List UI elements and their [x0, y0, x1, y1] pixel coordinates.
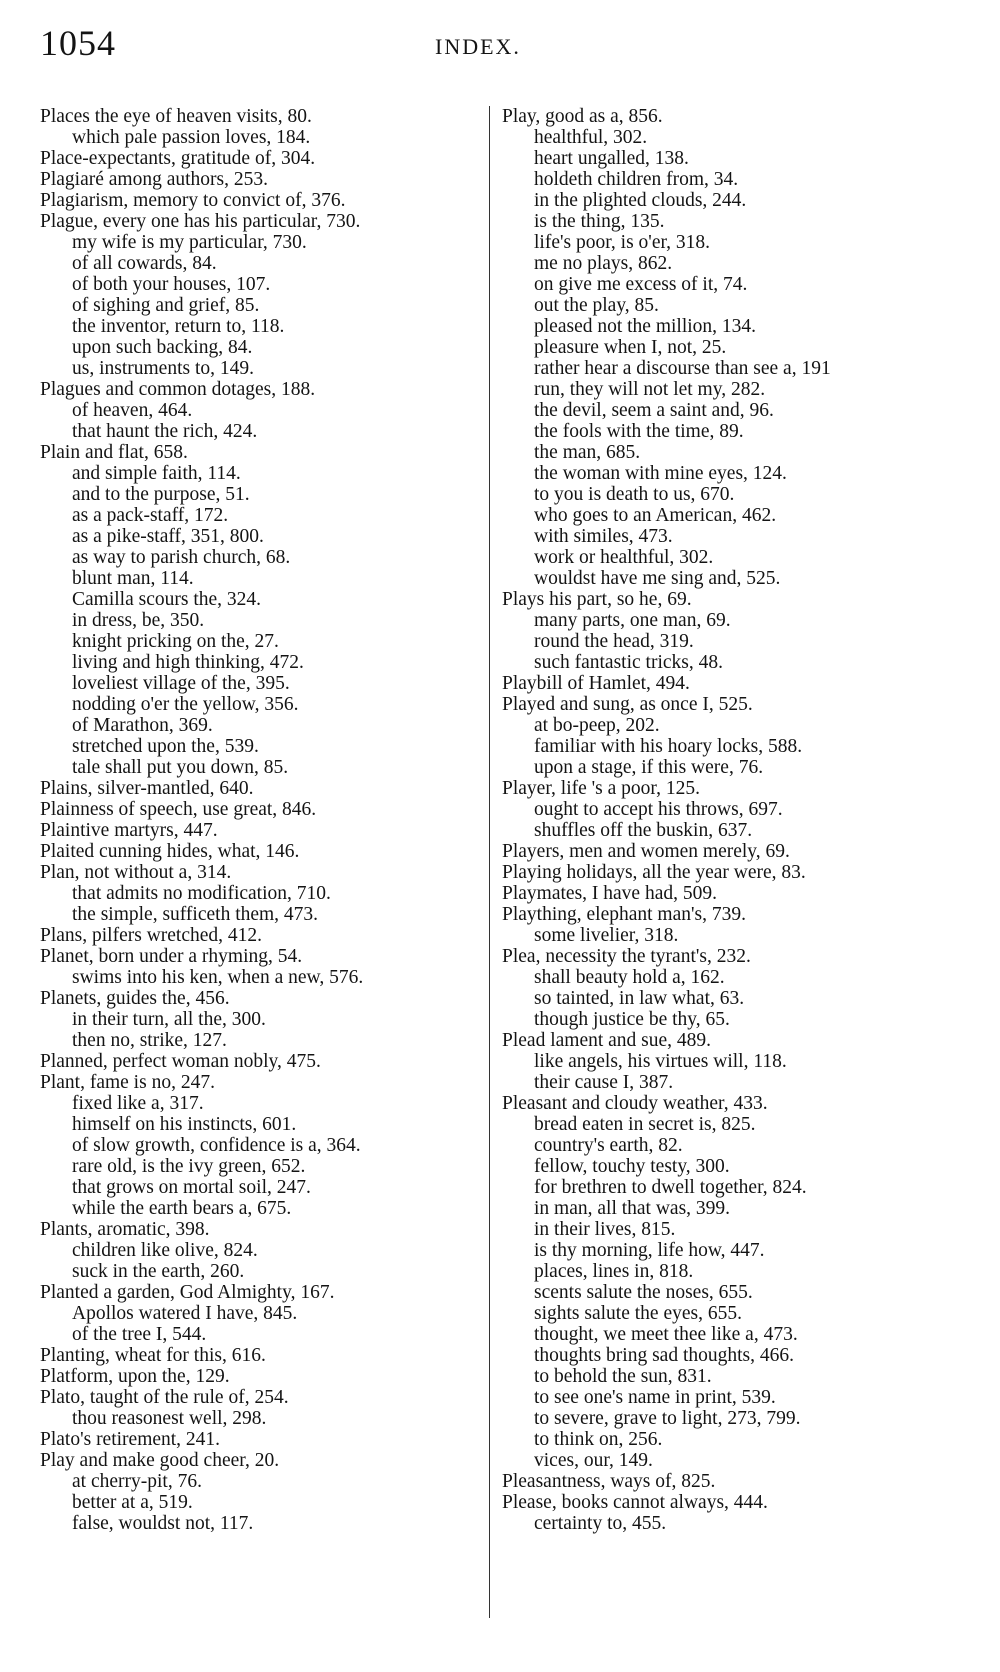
index-entry: Plagiaré among authors, 253.	[40, 169, 460, 190]
index-entry: Planets, guides the, 456.	[40, 988, 460, 1009]
index-subentry: to behold the sun, 831.	[502, 1366, 1000, 1387]
index-subentry: life's poor, is o'er, 318.	[502, 232, 1000, 253]
index-subentry: is the thing, 135.	[502, 211, 1000, 232]
index-subentry: ought to accept his throws, 697.	[502, 799, 1000, 820]
index-subentry: vices, our, 149.	[502, 1450, 1000, 1471]
index-subentry: of all cowards, 84.	[40, 253, 460, 274]
index-subentry: such fantastic tricks, 48.	[502, 652, 1000, 673]
index-subentry: of both your houses, 107.	[40, 274, 460, 295]
index-subentry: at cherry-pit, 76.	[40, 1471, 460, 1492]
index-entry: Planet, born under a rhyming, 54.	[40, 946, 460, 967]
index-entry: Please, books cannot always, 444.	[502, 1492, 1000, 1513]
index-subentry: wouldst have me sing and, 525.	[502, 568, 1000, 589]
index-subentry: the inventor, return to, 118.	[40, 316, 460, 337]
index-subentry: as a pike-staff, 351, 800.	[40, 526, 460, 547]
index-entry: Plagues and common dotages, 188.	[40, 379, 460, 400]
index-subentry: at bo-peep, 202.	[502, 715, 1000, 736]
index-subentry: familiar with his hoary locks, 588.	[502, 736, 1000, 757]
index-subentry: thought, we meet thee like a, 473.	[502, 1324, 1000, 1345]
index-entry: Plan, not without a, 314.	[40, 862, 460, 883]
index-entry: Plaything, elephant man's, 739.	[502, 904, 1000, 925]
index-subentry: scents salute the noses, 655.	[502, 1282, 1000, 1303]
index-subentry: thoughts bring sad thoughts, 466.	[502, 1345, 1000, 1366]
index-subentry: Camilla scours the, 324.	[40, 589, 460, 610]
index-subentry: though justice be thy, 65.	[502, 1009, 1000, 1030]
index-entry: Planted a garden, God Almighty, 167.	[40, 1282, 460, 1303]
index-subentry: to you is death to us, 670.	[502, 484, 1000, 505]
index-subentry: which pale passion loves, 184.	[40, 127, 460, 148]
index-subentry: shuffles off the buskin, 637.	[502, 820, 1000, 841]
index-subentry: children like olive, 824.	[40, 1240, 460, 1261]
index-subentry: many parts, one man, 69.	[502, 610, 1000, 631]
index-subentry: my wife is my particular, 730.	[40, 232, 460, 253]
index-subentry: that haunt the rich, 424.	[40, 421, 460, 442]
index-subentry: as a pack-staff, 172.	[40, 505, 460, 526]
index-subentry: the fools with the time, 89.	[502, 421, 1000, 442]
index-subentry: their cause I, 387.	[502, 1072, 1000, 1093]
index-entry: Planting, wheat for this, 616.	[40, 1345, 460, 1366]
index-subentry: suck in the earth, 260.	[40, 1261, 460, 1282]
index-subentry: to severe, grave to light, 273, 799.	[502, 1408, 1000, 1429]
index-entry: Plead lament and sue, 489.	[502, 1030, 1000, 1051]
index-subentry: in their turn, all the, 300.	[40, 1009, 460, 1030]
running-head: INDEX.	[435, 34, 521, 60]
index-subentry: me no plays, 862.	[502, 253, 1000, 274]
index-entry: Platform, upon the, 129.	[40, 1366, 460, 1387]
index-entry: Play, good as a, 856.	[502, 106, 1000, 127]
index-subentry: pleased not the million, 134.	[502, 316, 1000, 337]
index-subentry: in their lives, 815.	[502, 1219, 1000, 1240]
index-entry: Playbill of Hamlet, 494.	[502, 673, 1000, 694]
index-entry: Plant, fame is no, 247.	[40, 1072, 460, 1093]
index-entry: Plaited cunning hides, what, 146.	[40, 841, 460, 862]
index-subentry: of Marathon, 369.	[40, 715, 460, 736]
index-subentry: living and high thinking, 472.	[40, 652, 460, 673]
index-subentry: swims into his ken, when a new, 576.	[40, 967, 460, 988]
index-subentry: round the head, 319.	[502, 631, 1000, 652]
index-subentry: tale shall put you down, 85.	[40, 757, 460, 778]
index-subentry: stretched upon the, 539.	[40, 736, 460, 757]
index-column-left: Places the eye of heaven visits, 80.whic…	[40, 106, 460, 1534]
index-subentry: of sighing and grief, 85.	[40, 295, 460, 316]
index-subentry: to see one's name in print, 539.	[502, 1387, 1000, 1408]
column-divider	[489, 106, 490, 1618]
index-subentry: pleasure when I, not, 25.	[502, 337, 1000, 358]
index-subentry: fellow, touchy testy, 300.	[502, 1156, 1000, 1177]
index-subentry: to think on, 256.	[502, 1429, 1000, 1450]
index-subentry: sights salute the eyes, 655.	[502, 1303, 1000, 1324]
index-subentry: upon such backing, 84.	[40, 337, 460, 358]
index-entry: Plainness of speech, use great, 846.	[40, 799, 460, 820]
index-subentry: false, wouldst not, 117.	[40, 1513, 460, 1534]
index-column-right: Play, good as a, 856.healthful, 302.hear…	[502, 106, 1000, 1534]
index-subentry: loveliest village of the, 395.	[40, 673, 460, 694]
index-entry: Plain and flat, 658.	[40, 442, 460, 463]
index-subentry: country's earth, 82.	[502, 1135, 1000, 1156]
index-subentry: with similes, 473.	[502, 526, 1000, 547]
index-subentry: shall beauty hold a, 162.	[502, 967, 1000, 988]
index-subentry: upon a stage, if this were, 76.	[502, 757, 1000, 778]
index-entry: Plague, every one has his particular, 73…	[40, 211, 460, 232]
index-entry: Plagiarism, memory to convict of, 376.	[40, 190, 460, 211]
index-subentry: who goes to an American, 462.	[502, 505, 1000, 526]
index-subentry: of heaven, 464.	[40, 400, 460, 421]
index-entry: Place-expectants, gratitude of, 304.	[40, 148, 460, 169]
index-subentry: in man, all that was, 399.	[502, 1198, 1000, 1219]
index-subentry: thou reasonest well, 298.	[40, 1408, 460, 1429]
index-entry: Playing holidays, all the year were, 83.	[502, 862, 1000, 883]
index-subentry: of slow growth, confidence is a, 364.	[40, 1135, 460, 1156]
index-entry: Play and make good cheer, 20.	[40, 1450, 460, 1471]
index-subentry: as way to parish church, 68.	[40, 547, 460, 568]
index-subentry: rare old, is the ivy green, 652.	[40, 1156, 460, 1177]
index-subentry: for brethren to dwell together, 824.	[502, 1177, 1000, 1198]
index-subentry: work or healthful, 302.	[502, 547, 1000, 568]
index-entry: Pleasant and cloudy weather, 433.	[502, 1093, 1000, 1114]
index-entry: Planned, perfect woman nobly, 475.	[40, 1051, 460, 1072]
index-subentry: in dress, be, 350.	[40, 610, 460, 631]
index-subentry: blunt man, 114.	[40, 568, 460, 589]
index-subentry: bread eaten in secret is, 825.	[502, 1114, 1000, 1135]
index-subentry: and simple faith, 114.	[40, 463, 460, 484]
index-entry: Plato, taught of the rule of, 254.	[40, 1387, 460, 1408]
index-entry: Playmates, I have had, 509.	[502, 883, 1000, 904]
index-subentry: holdeth children from, 34.	[502, 169, 1000, 190]
index-subentry: then no, strike, 127.	[40, 1030, 460, 1051]
index-entry: Plans, pilfers wretched, 412.	[40, 925, 460, 946]
index-subentry: himself on his instincts, 601.	[40, 1114, 460, 1135]
index-subentry: heart ungalled, 138.	[502, 148, 1000, 169]
index-subentry: the simple, sufficeth them, 473.	[40, 904, 460, 925]
index-entry: Places the eye of heaven visits, 80.	[40, 106, 460, 127]
index-entry: Played and sung, as once I, 525.	[502, 694, 1000, 715]
index-subentry: Apollos watered I have, 845.	[40, 1303, 460, 1324]
index-subentry: better at a, 519.	[40, 1492, 460, 1513]
index-subentry: us, instruments to, 149.	[40, 358, 460, 379]
index-subentry: the man, 685.	[502, 442, 1000, 463]
index-subentry: places, lines in, 818.	[502, 1261, 1000, 1282]
index-entry: Plaintive martyrs, 447.	[40, 820, 460, 841]
index-subentry: that grows on mortal soil, 247.	[40, 1177, 460, 1198]
index-subentry: the devil, seem a saint and, 96.	[502, 400, 1000, 421]
index-subentry: on give me excess of it, 74.	[502, 274, 1000, 295]
index-subentry: like angels, his virtues will, 118.	[502, 1051, 1000, 1072]
index-subentry: while the earth bears a, 675.	[40, 1198, 460, 1219]
index-entry: Plato's retirement, 241.	[40, 1429, 460, 1450]
index-subentry: so tainted, in law what, 63.	[502, 988, 1000, 1009]
index-subentry: that admits no modification, 710.	[40, 883, 460, 904]
index-subentry: some livelier, 318.	[502, 925, 1000, 946]
index-subentry: in the plighted clouds, 244.	[502, 190, 1000, 211]
index-subentry: fixed like a, 317.	[40, 1093, 460, 1114]
index-entry: Players, men and women merely, 69.	[502, 841, 1000, 862]
index-subentry: rather hear a discourse than see a, 191	[502, 358, 1000, 379]
index-subentry: nodding o'er the yellow, 356.	[40, 694, 460, 715]
index-subentry: out the play, 85.	[502, 295, 1000, 316]
index-subentry: knight pricking on the, 27.	[40, 631, 460, 652]
index-entry: Player, life 's a poor, 125.	[502, 778, 1000, 799]
index-entry: Plains, silver-mantled, 640.	[40, 778, 460, 799]
index-subentry: the woman with mine eyes, 124.	[502, 463, 1000, 484]
page-number: 1054	[40, 22, 116, 64]
index-subentry: is thy morning, life how, 447.	[502, 1240, 1000, 1261]
index-subentry: of the tree I, 544.	[40, 1324, 460, 1345]
index-subentry: and to the purpose, 51.	[40, 484, 460, 505]
index-entry: Plea, necessity the tyrant's, 232.	[502, 946, 1000, 967]
index-subentry: certainty to, 455.	[502, 1513, 1000, 1534]
index-entry: Plays his part, so he, 69.	[502, 589, 1000, 610]
index-entry: Plants, aromatic, 398.	[40, 1219, 460, 1240]
index-subentry: healthful, 302.	[502, 127, 1000, 148]
index-entry: Pleasantness, ways of, 825.	[502, 1471, 1000, 1492]
index-subentry: run, they will not let my, 282.	[502, 379, 1000, 400]
